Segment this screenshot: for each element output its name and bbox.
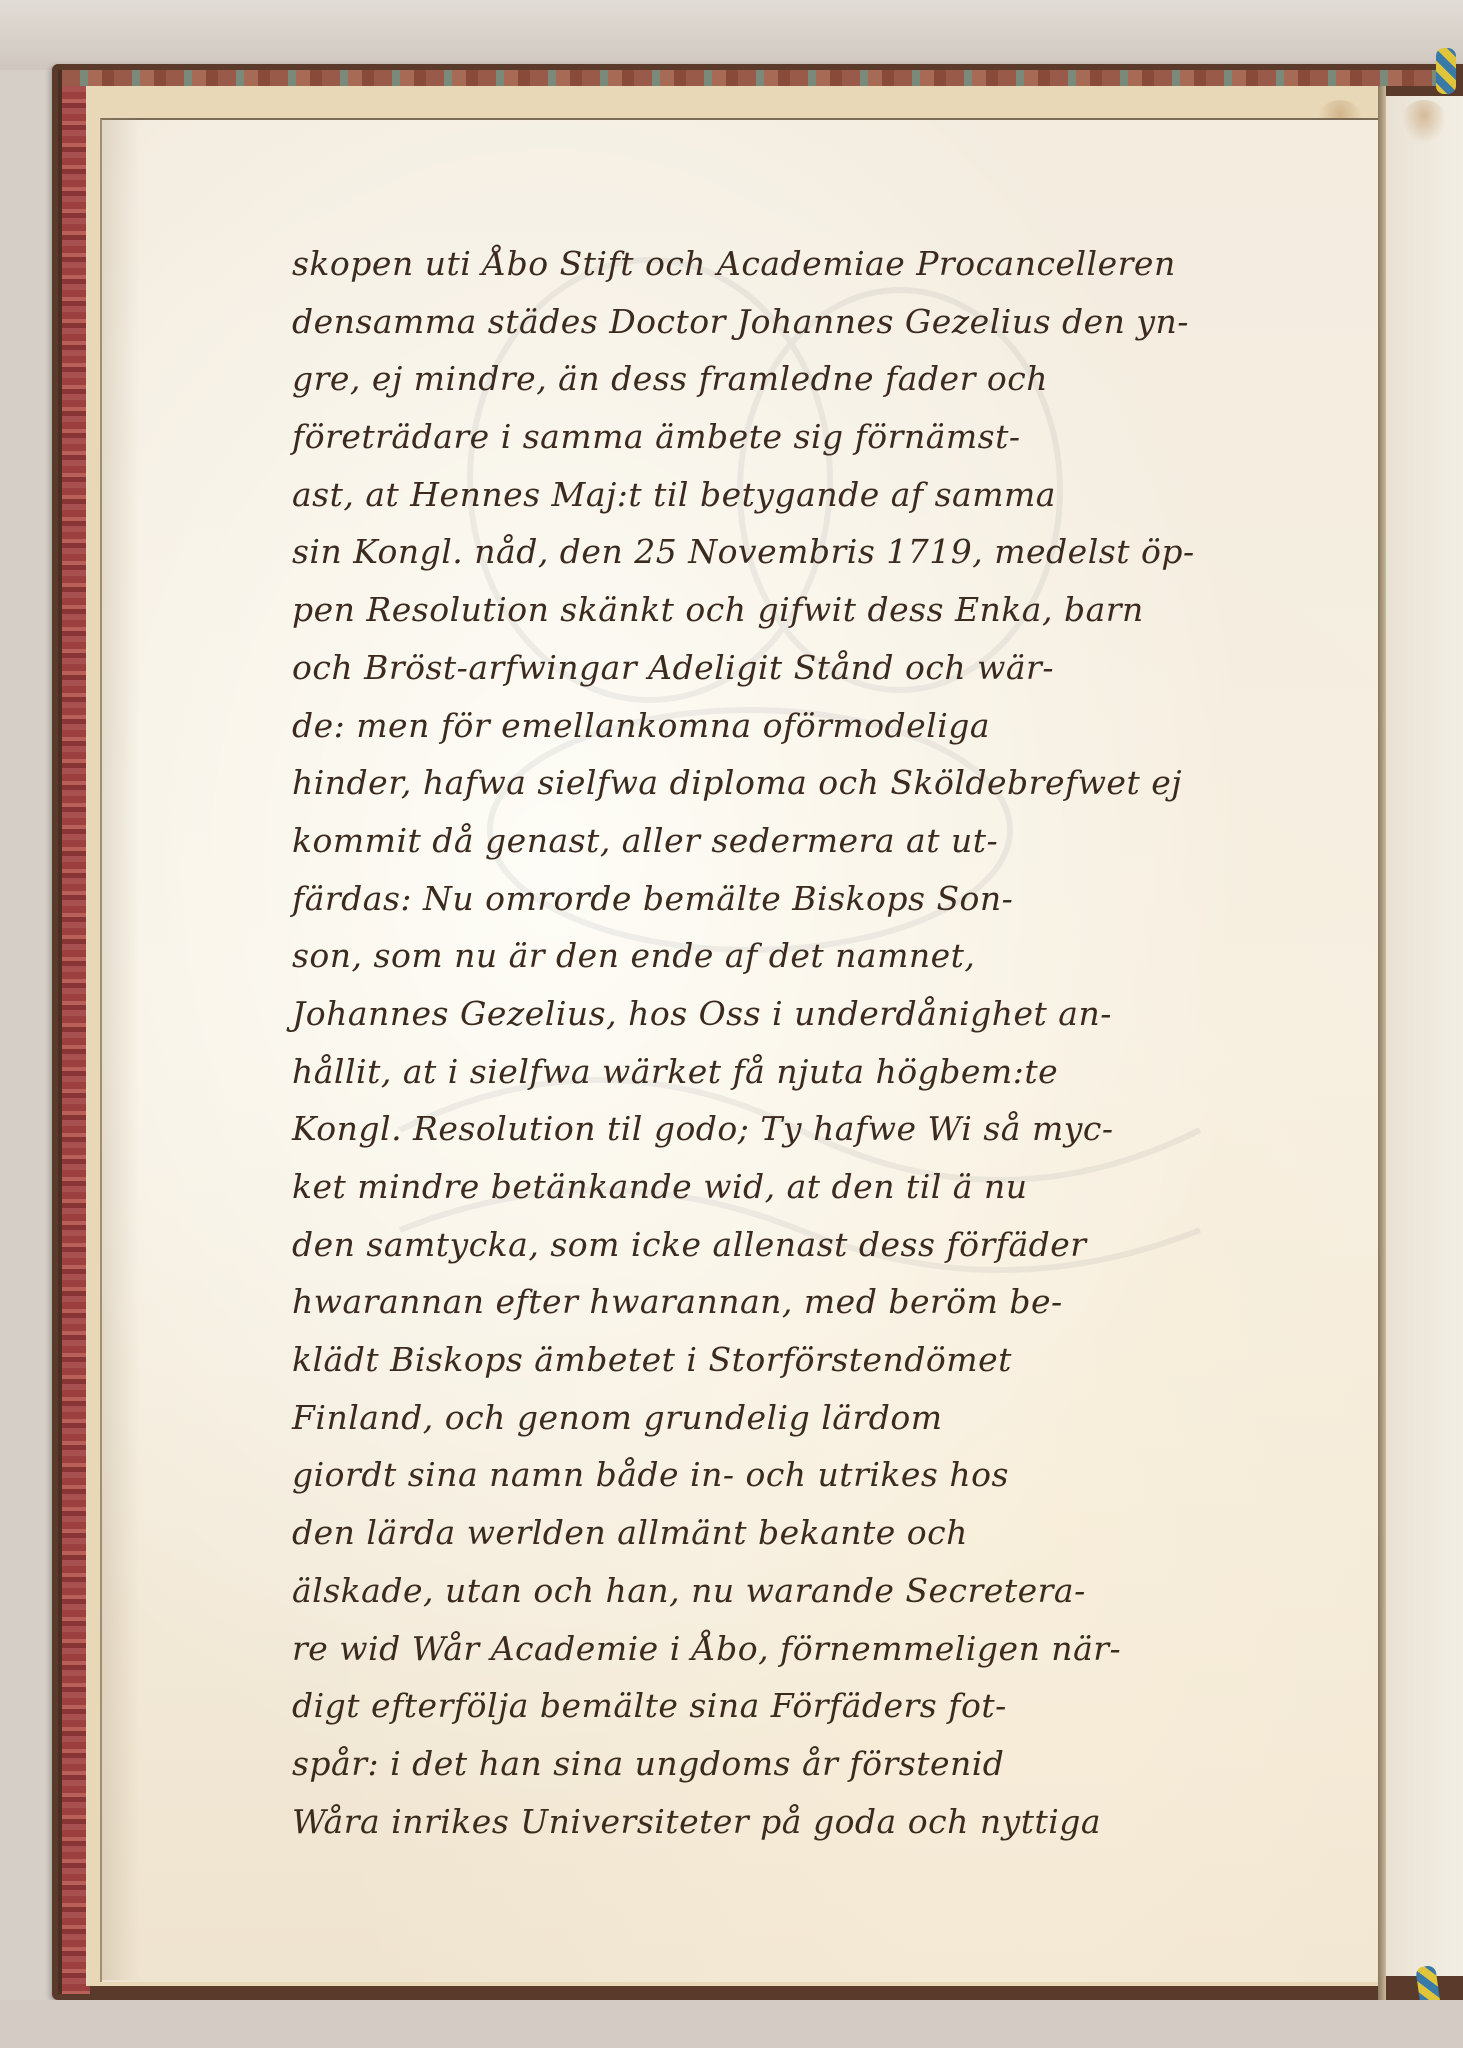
text-line: giordt sina namn både in- och utrikes ho… xyxy=(292,1446,1262,1504)
scan-background xyxy=(0,0,1463,70)
text-line: de: men för emellankomna oförmodeliga xyxy=(292,697,1262,755)
marbled-cover-edge-top xyxy=(62,70,1442,86)
handwritten-text: skopen uti Åbo Stift och Academiae Proca… xyxy=(292,235,1262,1850)
text-line: och Bröst-arfwingar Adeligit Stånd och w… xyxy=(292,639,1262,697)
text-line: den samtycka, som icke allenast dess för… xyxy=(292,1216,1262,1274)
scan-background-bottom xyxy=(0,2000,1463,2048)
text-line: sin Kongl. nåd, den 25 Novembris 1719, m… xyxy=(292,523,1262,581)
text-line: ast, at Hennes Maj:t til betygande af sa… xyxy=(292,466,1262,524)
text-line: den lärda werlden allmänt bekante och xyxy=(292,1504,1262,1562)
text-line: son, som nu är den ende af det namnet, xyxy=(292,927,1262,985)
page-shadow xyxy=(100,118,140,1980)
text-line: pen Resolution skänkt och gifwit dess En… xyxy=(292,581,1262,639)
text-line: spår: i det han sina ungdoms år försteni… xyxy=(292,1735,1262,1793)
text-line: företrädare i samma ämbete sig förnämst- xyxy=(292,408,1262,466)
text-line: hållit, at i sielfwa wärket få njuta hög… xyxy=(292,1043,1262,1101)
facing-page-edge xyxy=(1386,96,1463,1976)
text-line: Finland, och genom grundelig lärdom xyxy=(292,1389,1262,1447)
bookmark-ribbon-top[interactable] xyxy=(1436,48,1456,94)
text-line: klädt Biskops ämbetet i Storförstendömet xyxy=(292,1331,1262,1389)
text-line: skopen uti Åbo Stift och Academiae Proca… xyxy=(292,235,1262,293)
text-line: Johannes Gezelius, hos Oss i underdånigh… xyxy=(292,985,1262,1043)
text-line: digt efterfölja bemälte sina Förfäders f… xyxy=(292,1677,1262,1735)
text-line: hinder, hafwa sielfwa diploma och Skölde… xyxy=(292,754,1262,812)
text-line: densamma städes Doctor Johannes Gezelius… xyxy=(292,293,1262,351)
text-line: gre, ej mindre, än dess framledne fader … xyxy=(292,350,1262,408)
text-line: älskade, utan och han, nu warande Secret… xyxy=(292,1562,1262,1620)
text-line: Wåra inrikes Universiteter på goda och n… xyxy=(292,1793,1262,1851)
text-line: re wid Wår Academie i Åbo, förnemmeligen… xyxy=(292,1620,1262,1678)
text-line: Kongl. Resolution til godo; Ty hafwe Wi … xyxy=(292,1100,1262,1158)
text-line: ket mindre betänkande wid, at den til ä … xyxy=(292,1158,1262,1216)
text-line: hwarannan efter hwarannan, med beröm be- xyxy=(292,1273,1262,1331)
text-line: färdas: Nu omrorde bemälte Biskops Son- xyxy=(292,870,1262,928)
text-line: kommit då genast, aller sedermera at ut- xyxy=(292,812,1262,870)
page-gutter xyxy=(1378,86,1386,2006)
